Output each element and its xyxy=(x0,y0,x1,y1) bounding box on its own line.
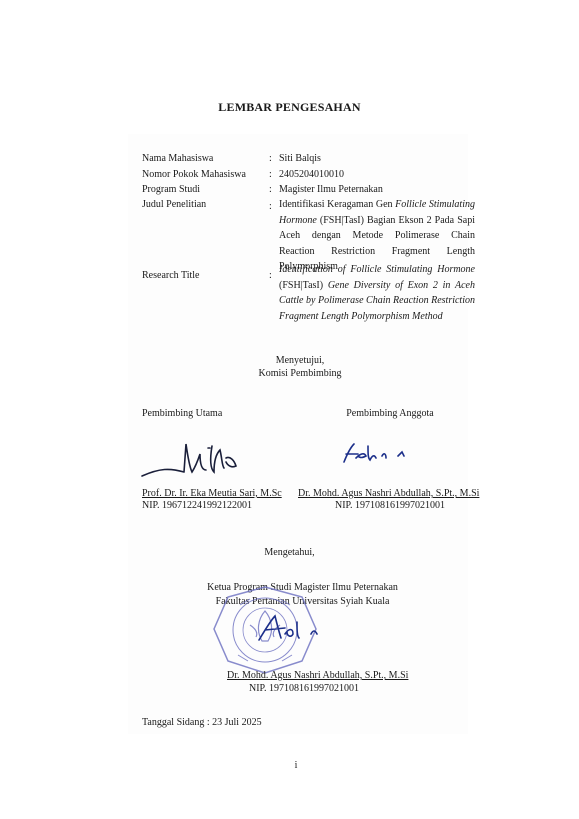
colon: : xyxy=(269,201,272,212)
member-supervisor-role: Pembimbing Anggota xyxy=(290,408,490,419)
colon: : xyxy=(269,153,272,164)
defense-date: Tanggal Sidang : 23 Juli 2025 xyxy=(142,717,262,728)
approval-heading: Menyetujui, xyxy=(0,355,579,366)
label-student-name: Nama Mahasiswa xyxy=(142,153,213,164)
page-number: i xyxy=(0,760,579,771)
value-student-number: 2405204010010 xyxy=(279,167,475,183)
member-supervisor-name: Dr. Mohd. Agus Nashri Abdullah, S.Pt., M… xyxy=(298,488,479,499)
head-name: Dr. Mohd. Agus Nashri Abdullah, S.Pt., M… xyxy=(227,670,408,681)
colon: : xyxy=(269,169,272,180)
page-title: LEMBAR PENGESAHAN xyxy=(0,100,579,115)
value-study-program: Magister Ilmu Peternakan xyxy=(279,182,475,198)
title-part-italic: Identification of Follicle Stimulating H… xyxy=(279,264,475,275)
member-supervisor-signature xyxy=(340,440,420,470)
colon: : xyxy=(269,184,272,195)
label-student-number: Nomor Pokok Mahasiswa xyxy=(142,169,246,180)
label-study-program: Program Studi xyxy=(142,184,200,195)
main-supervisor-signature xyxy=(140,438,260,488)
title-part: (FSH|TasI) xyxy=(279,280,328,291)
value-student-name: Siti Balqis xyxy=(279,151,475,167)
main-supervisor-name: Prof. Dr. Ir. Eka Meutia Sari, M.Sc xyxy=(142,488,282,499)
label-research-title-en: Research Title xyxy=(142,270,200,281)
head-signature xyxy=(255,610,335,650)
approval-committee: Komisi Pembimbing xyxy=(0,368,579,379)
main-supervisor-nip: NIP. 196712241992122001 xyxy=(142,500,252,511)
head-nip: NIP. 197108161997021001 xyxy=(0,683,579,694)
title-part: Identifikasi Keragaman Gen xyxy=(279,199,395,210)
member-supervisor-nip: NIP. 197108161997021001 xyxy=(290,500,490,511)
label-research-title-id: Judul Penelitian xyxy=(142,199,206,210)
value-research-title-en: Identification of Follicle Stimulating H… xyxy=(279,262,475,324)
main-supervisor-role: Pembimbing Utama xyxy=(142,408,222,419)
colon: : xyxy=(269,270,272,281)
acknowledged-heading: Mengetahui, xyxy=(0,547,579,558)
